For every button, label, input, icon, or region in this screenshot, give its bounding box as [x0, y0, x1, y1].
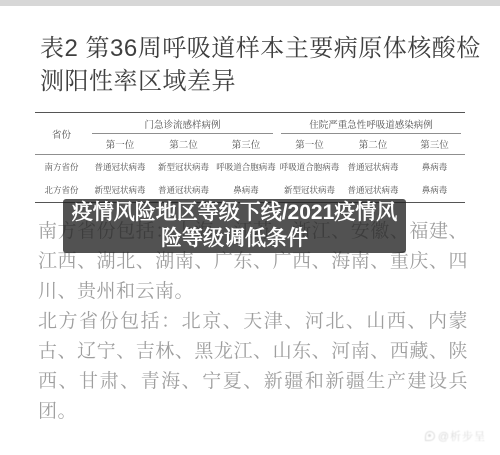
cell-outpatient-rank3: 呼吸道合胞病毒	[215, 155, 277, 178]
watermark: @析步呈	[425, 428, 486, 444]
subheader-rank3: 第三位	[404, 134, 465, 154]
pathogen-table: 省份 门急诊流感样病例 第一位 第二位 第三位 住院严重急性呼吸道感染病例 第一…	[35, 112, 465, 203]
subheader-rank2: 第二位	[342, 134, 404, 154]
paragraph-north-provinces: 北方省份包括：北京、天津、河北、山西、内蒙古、辽宁、吉林、黑龙江、山东、河南、西…	[38, 307, 468, 427]
group-underline	[281, 133, 461, 134]
group-label-inpatient: 住院严重急性呼吸道感染病例	[277, 113, 465, 134]
table-row-south: 南方省份 普通冠状病毒 新型冠状病毒 呼吸道合胞病毒 呼吸道合胞病毒 普通冠状病…	[35, 155, 465, 178]
group-underline	[92, 133, 273, 134]
weibo-eye-icon	[425, 431, 435, 441]
cell-outpatient-rank2: 新型冠状病毒	[152, 155, 215, 178]
group-label-outpatient: 门急诊流感样病例	[88, 113, 277, 134]
cell-inpatient-rank1: 呼吸道合胞病毒	[277, 155, 342, 178]
subheader-rank3: 第三位	[215, 134, 277, 154]
page-title: 表2 第36周呼吸道样本主要病原体核酸检测阳性率区域差异	[40, 32, 482, 98]
group-label-text: 门急诊流感样病例	[144, 117, 220, 131]
overlay-title-card: 疫情风险地区等级下线/2021疫情风险等级调低条件	[63, 199, 406, 253]
column-header-province: 省份	[35, 113, 88, 154]
cell-province: 南方省份	[35, 155, 88, 178]
top-letterbox-strip	[0, 0, 500, 6]
subheader-rank1: 第一位	[277, 134, 342, 154]
table-header: 省份 门急诊流感样病例 第一位 第二位 第三位 住院严重急性呼吸道感染病例 第一…	[35, 113, 465, 155]
cell-inpatient-rank3: 鼻病毒	[404, 178, 465, 202]
column-group-inpatient: 住院严重急性呼吸道感染病例 第一位 第二位 第三位	[277, 113, 465, 154]
subheader-row-outpatient: 第一位 第二位 第三位	[88, 134, 277, 154]
subheader-rank2: 第二位	[152, 134, 215, 154]
subheader-rank1: 第一位	[88, 134, 152, 154]
subheader-row-inpatient: 第一位 第二位 第三位	[277, 134, 465, 154]
overlay-title-text: 疫情风险地区等级下线/2021疫情风险等级调低条件	[63, 200, 406, 252]
column-group-outpatient: 门急诊流感样病例 第一位 第二位 第三位	[88, 113, 277, 154]
watermark-text: @析步呈	[438, 428, 486, 444]
group-label-text: 住院严重急性呼吸道感染病例	[309, 117, 433, 131]
cell-outpatient-rank1: 普通冠状病毒	[88, 155, 152, 178]
cell-inpatient-rank3: 鼻病毒	[404, 155, 465, 178]
cell-inpatient-rank2: 普通冠状病毒	[342, 155, 404, 178]
